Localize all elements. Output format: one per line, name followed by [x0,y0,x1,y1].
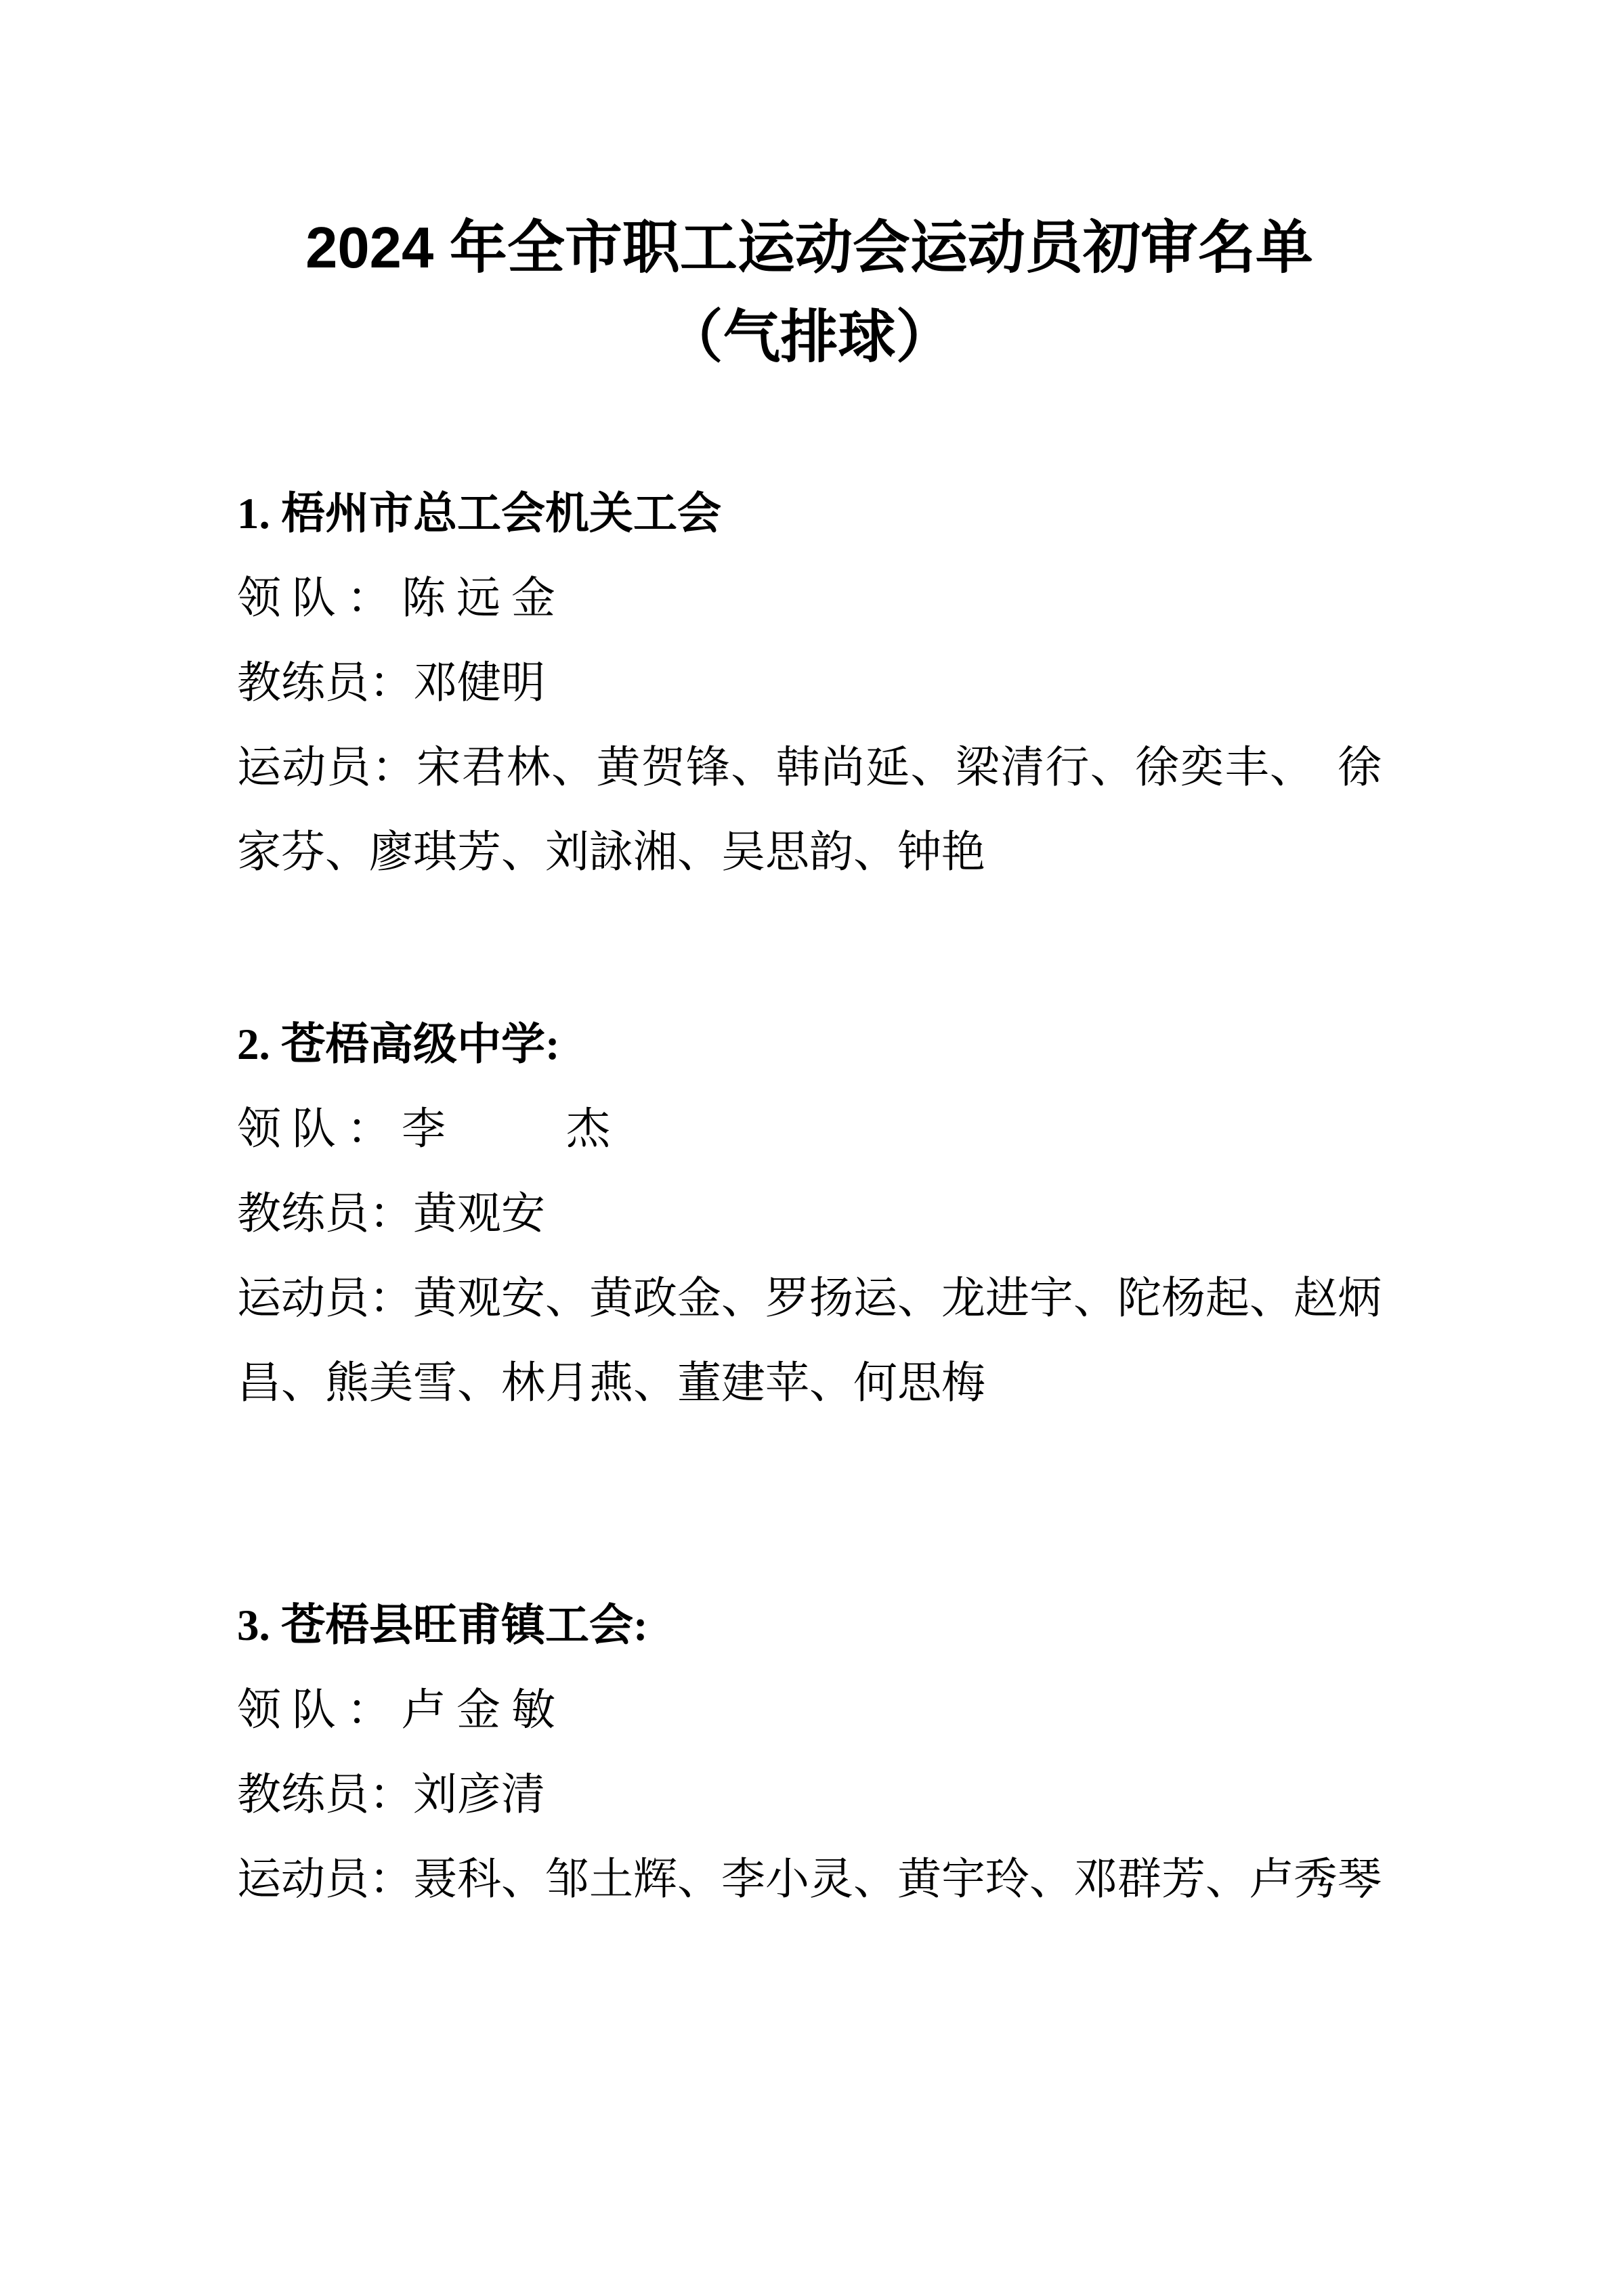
team-2-athletes-line-2: 昌、熊美雪、林月燕、董建苹、何思梅 [237,1341,1382,1426]
document-page: 2024 年全市职工运动会运动员初审名单 （气排球） 1. 梧州市总工会机关工会… [0,0,1624,2296]
title-line-1: 2024 年全市职工运动会运动员初审名单 [237,204,1382,293]
document-content: 2024 年全市职工运动会运动员初审名单 （气排球） 1. 梧州市总工会机关工会… [0,0,1624,1922]
team-1-coach-line: 教练员：邓健明 [237,641,1382,726]
team-3-coach-line: 教练员：刘彦清 [237,1753,1382,1838]
team-section-3: 3. 苍梧县旺甫镇工会: 领队：卢金敏 教练员：刘彦清 运动员：聂科、邹土辉、李… [237,1584,1382,1922]
team-1-heading: 1. 梧州市总工会机关工会 [237,472,1382,557]
team-3-leader-line: 领队：卢金敏 [237,1668,1382,1753]
title-line-2: （气排球） [237,293,1382,383]
team-2-coach-line: 教练员：黄观安 [237,1172,1382,1257]
document-title: 2024 年全市职工运动会运动员初审名单 （气排球） [237,204,1382,383]
team-2-athletes-line-1: 运动员：黄观安、黄政金、罗扬运、龙进宇、陀杨起、赵炳 [237,1257,1382,1341]
team-3-athletes-line-1: 运动员：聂科、邹土辉、李小灵、黄宇玲、邓群芳、卢秀琴 [237,1838,1382,1922]
team-1-athletes-line-2: 家芬、廖琪芳、刘詠湘、吴思韵、钟艳 [237,810,1382,895]
team-1-athletes-line-1: 运动员：宋君林、黄贺锋、韩尚延、梁清行、徐奕丰、 徐 [237,726,1382,810]
team-3-heading: 3. 苍梧县旺甫镇工会: [237,1584,1382,1668]
team-section-2: 2. 苍梧高级中学: 领队：李 杰 教练员：黄观安 运动员：黄观安、黄政金、罗扬… [237,1003,1382,1426]
team-1-leader-line: 领队：陈远金 [237,557,1382,641]
team-2-leader-line: 领队：李 杰 [237,1087,1382,1172]
team-section-1: 1. 梧州市总工会机关工会 领队：陈远金 教练员：邓健明 运动员：宋君林、黄贺锋… [237,472,1382,895]
team-2-heading: 2. 苍梧高级中学: [237,1003,1382,1087]
